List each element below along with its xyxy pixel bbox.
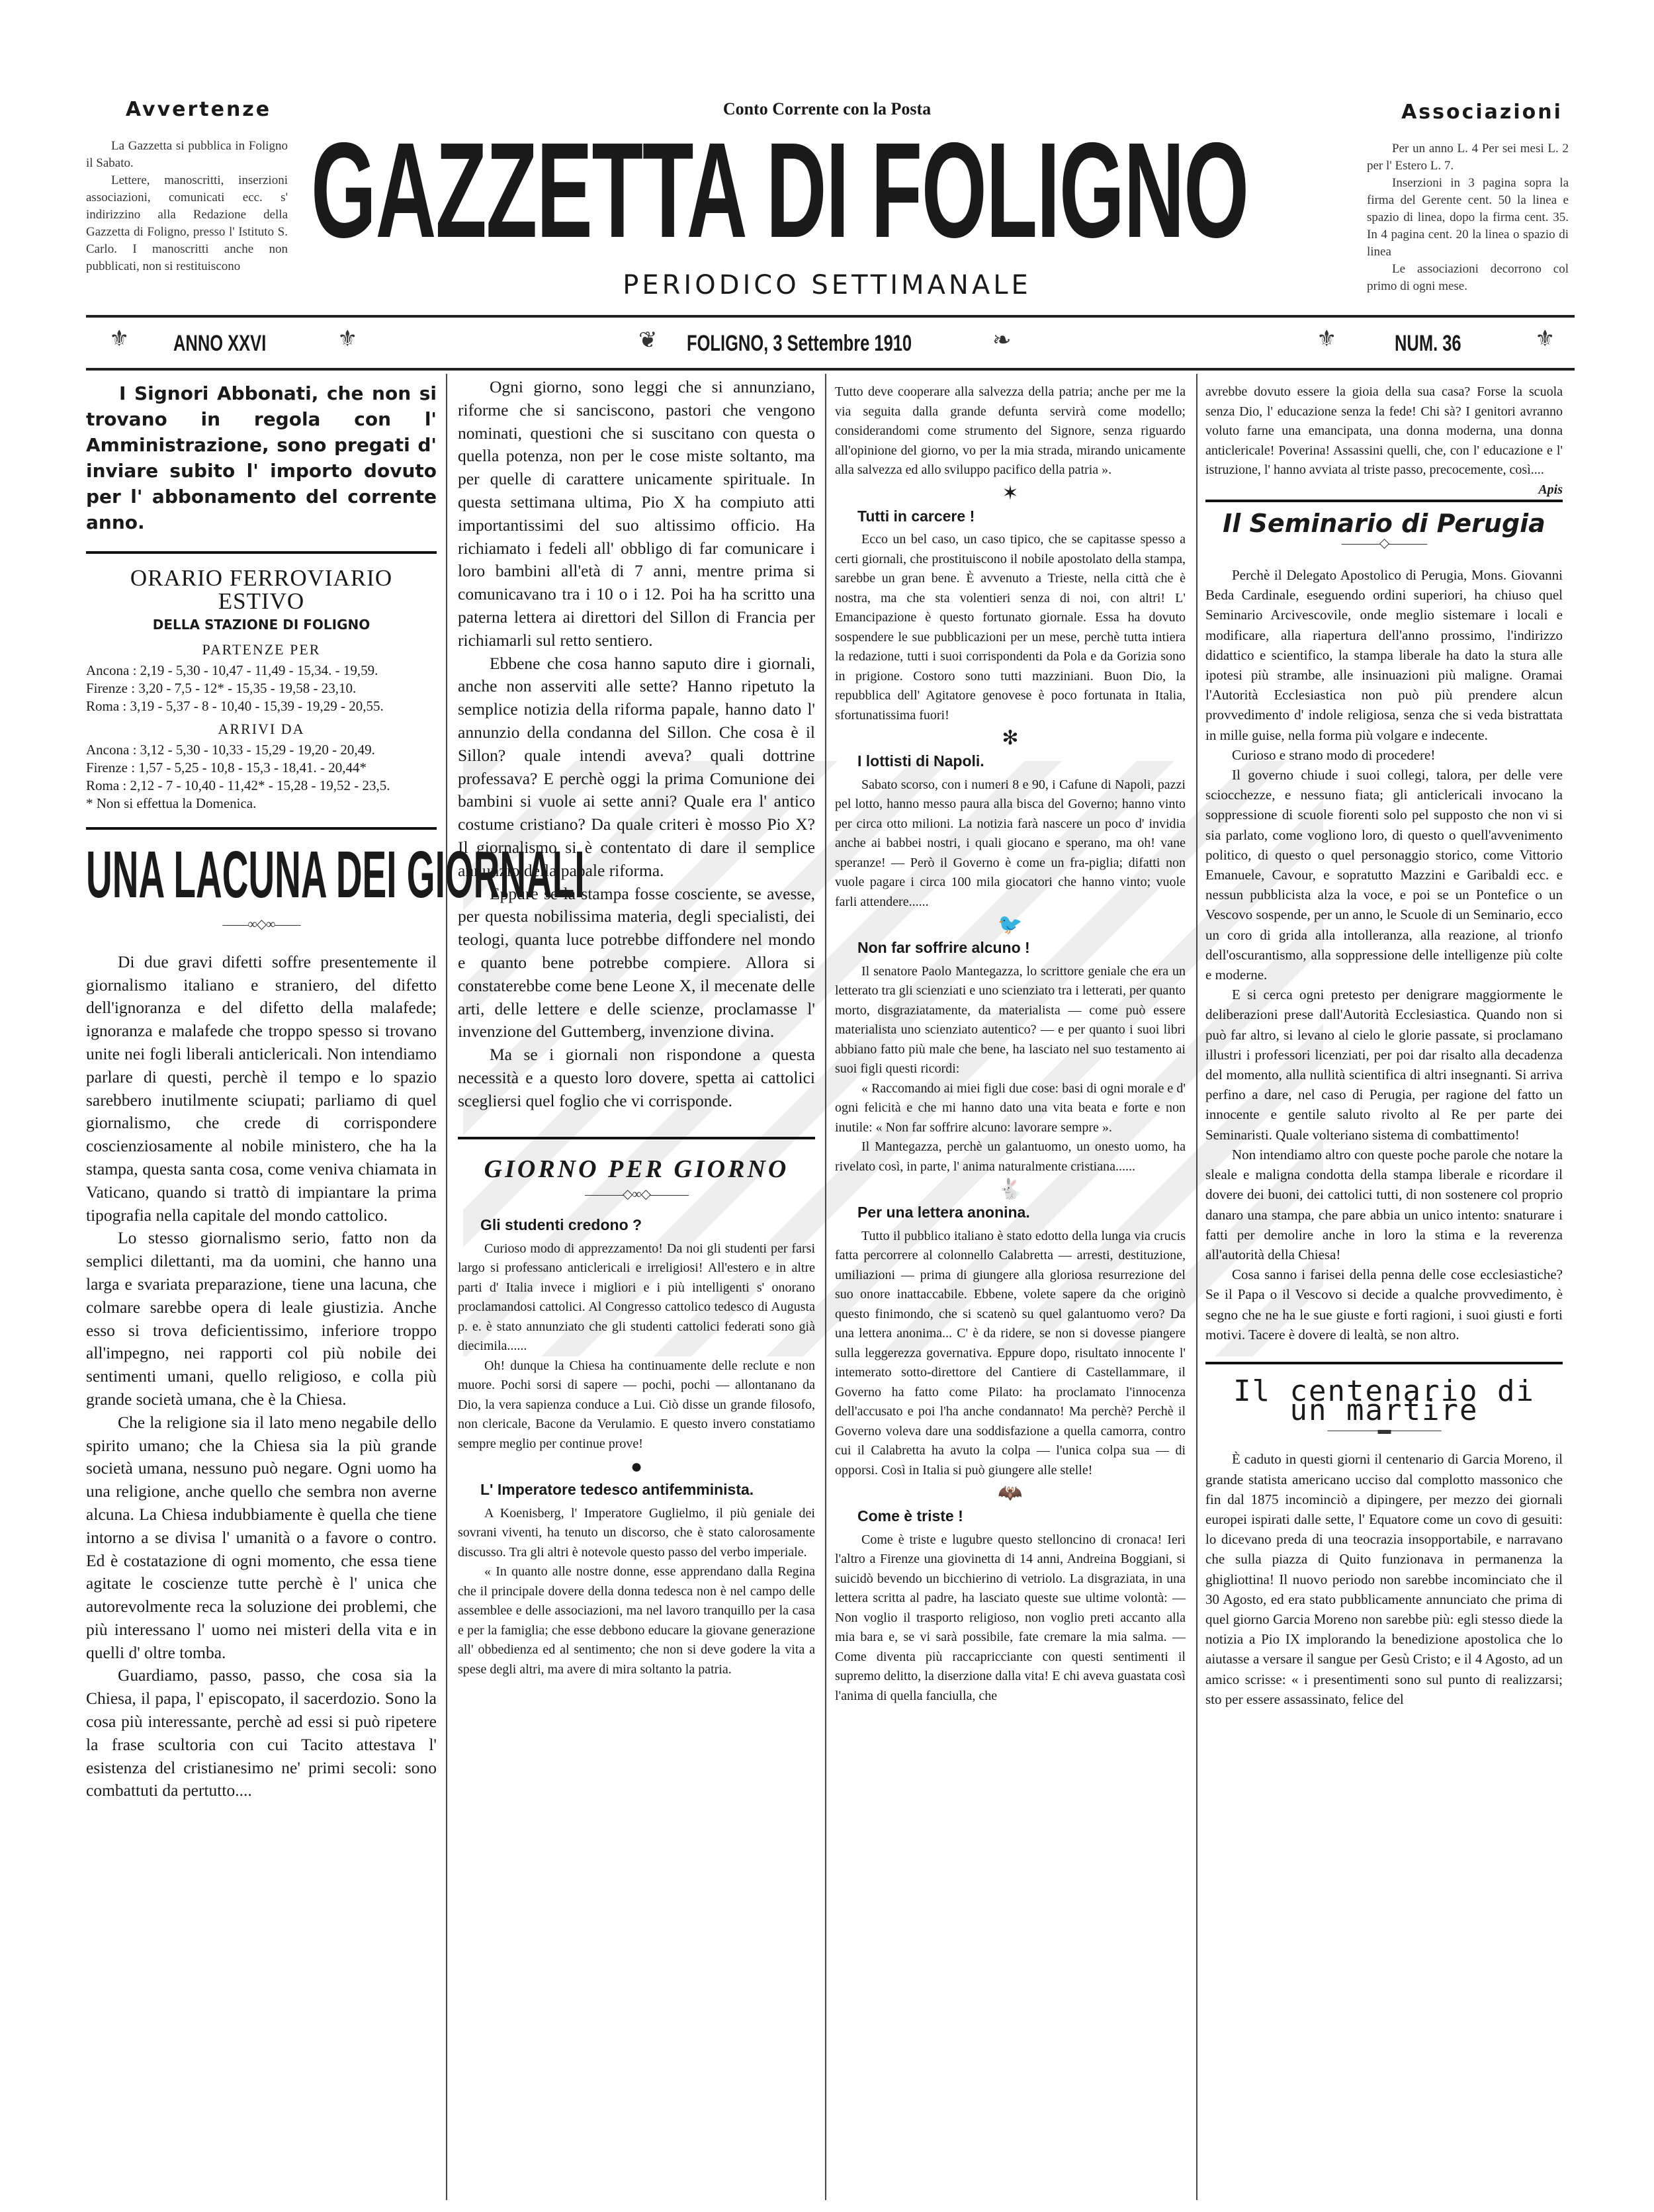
- arrival-row: Roma : 2,12 - 7 - 10,40 - 11,42* - 15,28…: [86, 777, 437, 795]
- subscription-notice: I Signori Abbonati, che non si trovano i…: [86, 380, 437, 535]
- news-item-title: I lottisti di Napoli.: [857, 752, 1186, 772]
- train-timetable: ORARIO FERROVIARIO ESTIVO DELLA STAZIONE…: [86, 567, 437, 813]
- fleuron-icon: ⚜: [1535, 326, 1555, 352]
- section-rule: [86, 827, 437, 830]
- departures-heading: PARTENZE PER: [86, 639, 437, 662]
- news-item-title: Come è triste !: [857, 1507, 1186, 1526]
- avvertenze-paragraph: Lettere, manoscritti, inserzioni associa…: [86, 172, 288, 275]
- article-lacuna: Di due gravi difetti soffre presentement…: [86, 951, 437, 1802]
- news-item: Gli studenti credono ? Curioso modo di a…: [458, 1216, 815, 1454]
- asterism-ornament-icon: ✻: [835, 725, 1186, 752]
- section-rule: [86, 551, 437, 554]
- news-item-title: L' Imperatore tedesco antifemminista.: [480, 1480, 815, 1500]
- timetable-subtitle: DELLA STAZIONE DI FOLIGNO: [86, 613, 437, 637]
- arrival-row: Ancona : 3,12 - 5,30 - 10,33 - 15,29 - 1…: [86, 741, 437, 759]
- column-2: Ogni giorno, sono leggi che si annunzian…: [458, 376, 815, 1679]
- avvertenze-paragraph: La Gazzetta si pubblica in Foligno il Sa…: [86, 138, 288, 172]
- dateline-top-rule: [86, 315, 1575, 318]
- column-3: Tutto deve cooperare alla salvezza della…: [835, 382, 1186, 1706]
- associazioni-box: Per un anno L. 4 Per sei mesi L. 2 per l…: [1367, 140, 1569, 295]
- headline-seminario: Il Seminario di Perugia: [1205, 514, 1563, 534]
- dateline-bottom-rule: [86, 368, 1575, 371]
- fleuron-icon: ⚜: [337, 326, 357, 352]
- news-item-title: Per una lettera anonina.: [857, 1203, 1186, 1223]
- dot-ornament-icon: ●: [458, 1454, 815, 1480]
- year-label: ANNO XXVI: [173, 331, 266, 357]
- fleuron-icon: ⚜: [1317, 326, 1336, 352]
- news-item-title: Tutti in carcere !: [857, 507, 1186, 527]
- bat-ornament-icon: 🦇: [835, 1480, 1186, 1507]
- column-divider: [825, 374, 826, 2200]
- come-e-triste-continued: avrebbe dovuto essere la gioia della sua…: [1205, 382, 1563, 480]
- column-1: I Signori Abbonati, che non si trovano i…: [86, 380, 437, 1802]
- news-item: L' Imperatore tedesco antifemminista. A …: [458, 1480, 815, 1679]
- section-rule: [458, 1137, 815, 1139]
- hare-ornament-icon: 🐇: [835, 1176, 1186, 1203]
- departure-row: Firenze : 3,20 - 7,5 - 12* - 15,35 - 19,…: [86, 680, 437, 697]
- column-4: avrebbe dovuto essere la gioia della sua…: [1205, 382, 1563, 1709]
- star-ornament-icon: ✶: [835, 480, 1186, 507]
- avvertenze-box: La Gazzetta si pubblica in Foligno il Sa…: [86, 138, 288, 275]
- news-item: Per una lettera anonina. Tutto il pubbli…: [835, 1203, 1186, 1480]
- associazioni-paragraph: Le associazioni decorrono col primo di o…: [1367, 261, 1569, 295]
- arrival-row: Firenze : 1,57 - 5,25 - 10,8 - 15,3 - 18…: [86, 759, 437, 777]
- news-item-title: Gli studenti credono ?: [480, 1216, 815, 1235]
- flourish-divider: ———◇∞◇———: [458, 1183, 815, 1206]
- news-item: Tutti in carcere ! Ecco un bel caso, un …: [835, 507, 1186, 726]
- headline-centenario: Il centenario di un martire: [1205, 1382, 1563, 1421]
- section-rule: [1205, 1362, 1563, 1364]
- article-seminario: Perchè il Delegato Apostolico di Perugia…: [1205, 565, 1563, 1345]
- timetable-footnote: * Non si effettua la Domenica.: [86, 795, 437, 813]
- ornament-left-icon: ❦: [638, 327, 658, 353]
- departure-row: Ancona : 2,19 - 5,30 - 10,47 - 11,49 - 1…: [86, 662, 437, 680]
- departure-row: Roma : 3,19 - 5,37 - 8 - 10,40 - 15,39 -…: [86, 697, 437, 715]
- associazioni-title: Associazioni: [1383, 101, 1581, 124]
- article-centenario: È caduto in questi giorni il centenario …: [1205, 1449, 1563, 1709]
- flourish-divider: ————▬————: [1205, 1421, 1563, 1440]
- issue-date: FOLIGNO, 3 Settembre 1910: [687, 331, 912, 357]
- headline-lacuna: UNA LACUNA DEI GIORNALI: [86, 842, 279, 908]
- associazioni-paragraph: Inserzioni in 3 pagina sopra la firma de…: [1367, 175, 1569, 261]
- arrivals-heading: ARRIVI DA: [86, 718, 437, 741]
- newspaper-subtitle: PERIODICO SETTIMANALE: [463, 270, 1191, 300]
- news-item: Come è triste ! Come è triste e lugubre …: [835, 1507, 1186, 1706]
- author-signature: Apis: [1538, 480, 1563, 500]
- fleuron-icon: ⚜: [109, 326, 129, 352]
- issue-number: NUM. 36: [1395, 331, 1461, 357]
- column-divider: [1196, 374, 1197, 2200]
- column-divider: [446, 374, 447, 2200]
- timetable-title: ORARIO FERROVIARIO ESTIVO: [86, 567, 437, 613]
- section-rule: [1205, 500, 1563, 502]
- headline-wrap: UNA LACUNA DEI GIORNALI: [86, 842, 437, 913]
- news-item: I lottisti di Napoli. Sabato scorso, con…: [835, 752, 1186, 912]
- flourish-divider: ——∞◇∞——: [86, 913, 437, 936]
- bird-ornament-icon: 🐦: [835, 912, 1186, 938]
- newspaper-title: GAZZETTA DI FOLIGNO: [311, 122, 1248, 258]
- avvertenze-title: Avvertenze: [106, 98, 291, 121]
- giorno-per-giorno-heading: GIORNO PER GIORNO: [458, 1158, 815, 1181]
- emperor-quote-continued: Tutto deve cooperare alla salvezza della…: [835, 382, 1186, 480]
- news-item-title: Non far soffrire alcuno !: [857, 938, 1186, 958]
- ornament-right-icon: ❧: [992, 327, 1012, 353]
- article-lacuna-continued: Ogni giorno, sono leggi che si annunzian…: [458, 376, 815, 1113]
- associazioni-paragraph: Per un anno L. 4 Per sei mesi L. 2 per l…: [1367, 140, 1569, 175]
- news-item: Non far soffrire alcuno ! Il senatore Pa…: [835, 938, 1186, 1176]
